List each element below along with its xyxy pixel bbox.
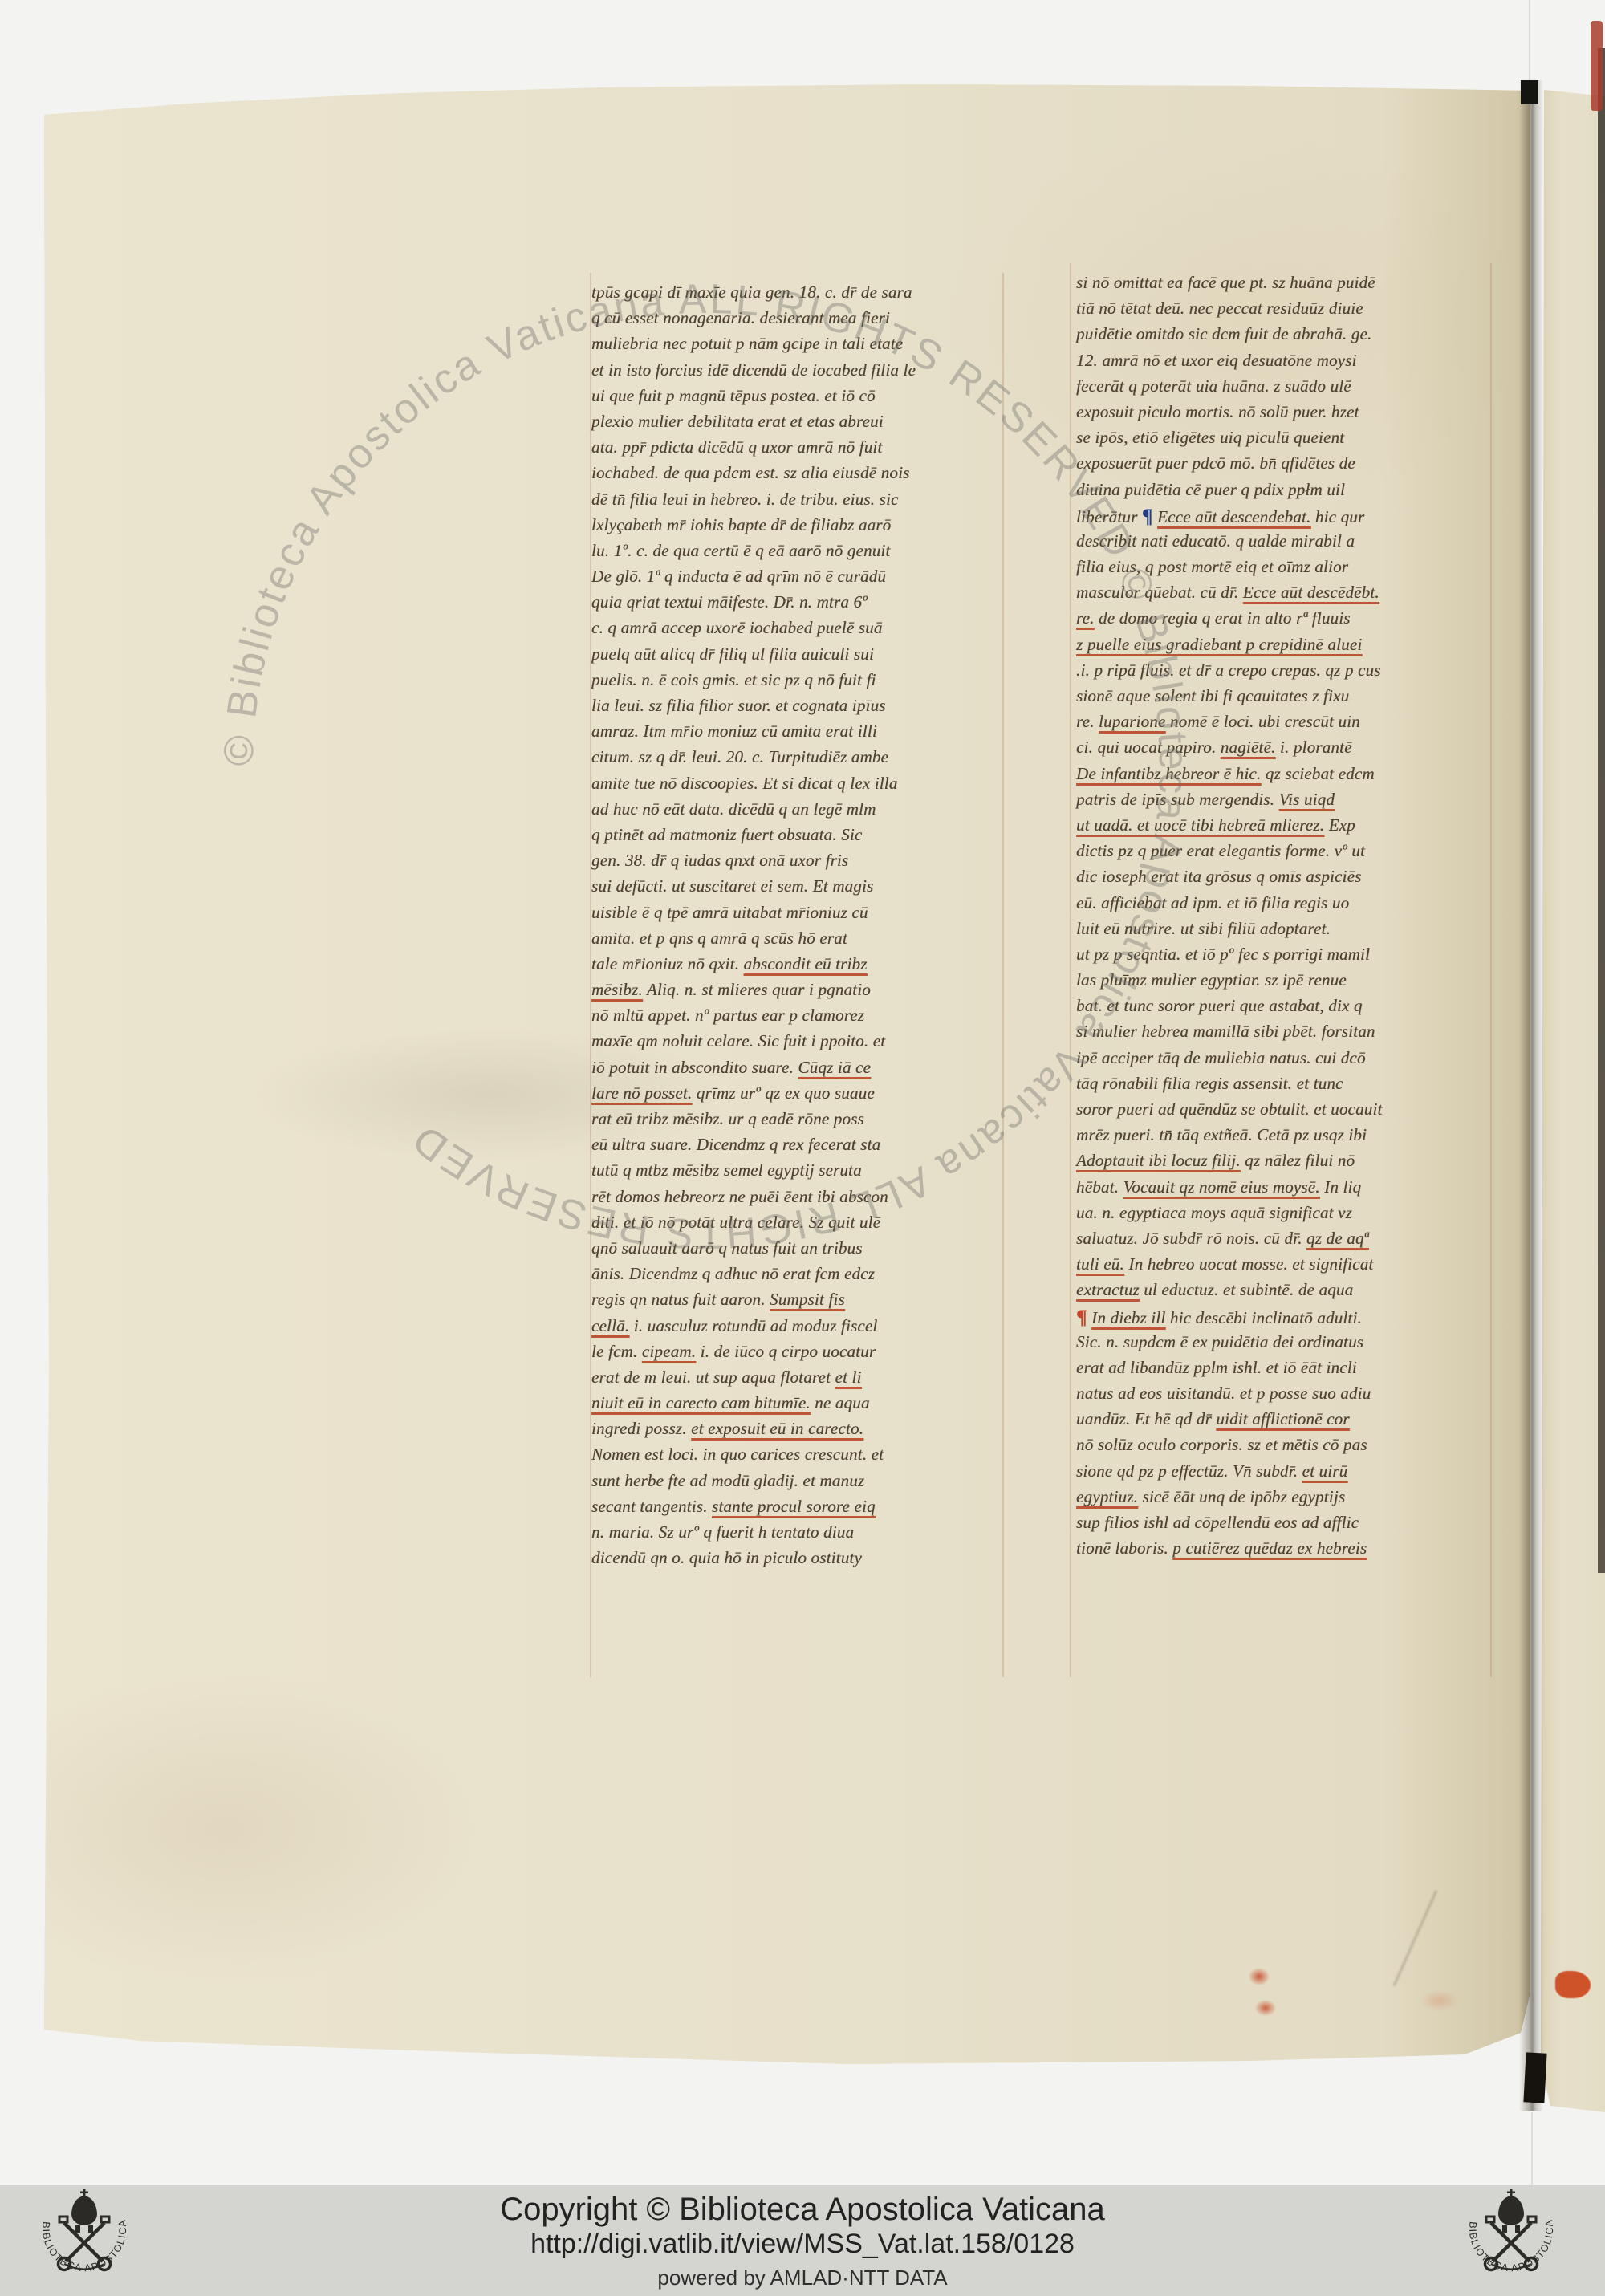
manuscript-line: maxīe qm noluit celare. Sic fuit i ppoit… bbox=[591, 1031, 1002, 1057]
manuscript-line: ¶ In diebz ill hic descēbi inclinatō adu… bbox=[1076, 1306, 1489, 1332]
text-segment: exposuit piculo mortis. nō solū puer. hz… bbox=[1076, 402, 1359, 421]
manuscript-line: qnō saluauit aarō q natus fuit an tribus bbox=[591, 1238, 1002, 1264]
manuscript-line: lxlyçabeth mr̄ iohis bapte dr̄ de filiab… bbox=[591, 515, 1002, 541]
text-segment: ad huc nō eāt data. dicēdū q an legē mlm bbox=[591, 799, 876, 819]
manuscript-line: filia eius, q post mortē eiq et oīmz ali… bbox=[1076, 557, 1489, 583]
text-segment: iō potuit in abscondito suare. bbox=[591, 1058, 798, 1077]
manuscript-line: diti. et iō nō potāt ultra celare. Sz qu… bbox=[591, 1213, 1002, 1238]
text-segment: i. plorantē bbox=[1275, 738, 1351, 757]
text-segment: tāq rōnabili filia regis assensit. et tu… bbox=[1076, 1074, 1343, 1093]
text-segment: ata. ppr̄ pdicta dicēdū q uxor amrā nō f… bbox=[591, 437, 882, 457]
manuscript-line: .i. p ripā fluis. et dr̄ a crepo crepas.… bbox=[1076, 660, 1489, 686]
text-segment: abscondit eū tribz bbox=[744, 954, 868, 973]
manuscript-line: amite tue nō discoopies. Et si dicat q l… bbox=[591, 774, 1002, 799]
manuscript-line: liberātur ¶ Ecce aūt descendebat. hic qu… bbox=[1076, 506, 1489, 531]
text-segment: maxīe qm noluit celare. Sic fuit i ppoit… bbox=[591, 1031, 885, 1050]
text-segment: rat eū tribz mēsibz. ur q eadē rōne poss bbox=[591, 1109, 864, 1128]
manuscript-line: eū. afficiebat ad ipm. et iō filia regis… bbox=[1076, 893, 1489, 919]
text-segment: Vocauit qz nomē eius moysē. bbox=[1123, 1177, 1320, 1197]
text-segment: De glō. 1ª q inducta ē ad qrīm nō ē curā… bbox=[591, 567, 886, 586]
manuscript-line: tāq rōnabili filia regis assensit. et tu… bbox=[1076, 1074, 1489, 1099]
manuscript-line: ad huc nō eāt data. dicēdū q an legē mlm bbox=[591, 799, 1002, 825]
manuscript-line: q ptinēt ad matmoniz fuert obsuata. Sic bbox=[591, 825, 1002, 851]
manuscript-line: secant tangentis. stante procul sorore e… bbox=[591, 1497, 1002, 1522]
text-segment: nō solūz oculo corporis. sz et mētis cō … bbox=[1076, 1435, 1367, 1454]
text-segment: las pluīmz mulier egyptiar. sz ipē renue bbox=[1076, 970, 1347, 990]
text-segment: et uirū bbox=[1302, 1461, 1348, 1481]
text-column-left: tpūs gcapi dī maxīe quia gen. 18. c. dr̄… bbox=[591, 282, 1002, 1574]
manuscript-line: sup filios ishl ad cōpellendū eos ad aff… bbox=[1076, 1513, 1489, 1538]
papal-tiara-icon bbox=[1498, 2189, 1524, 2233]
text-segment: Ecce aūt descēdēbt. bbox=[1243, 583, 1379, 602]
text-segment: ingredi possz. bbox=[591, 1419, 691, 1438]
manuscript-line: sione qd pz p effectūz. Vn̄ subdr̄. et u… bbox=[1076, 1461, 1489, 1487]
manuscript-line: ui que fuit p magnū tēpus postea. et iō … bbox=[591, 386, 1002, 412]
manuscript-line: rat eū tribz mēsibz. ur q eadē rōne poss bbox=[591, 1109, 1002, 1135]
text-segment: liberātur bbox=[1076, 507, 1142, 526]
manuscript-line: rēt domos hebreorz ne puēi ēent ibi absc… bbox=[591, 1187, 1002, 1213]
text-segment: si mulier hebrea mamillā sibi pbēt. fors… bbox=[1076, 1022, 1375, 1041]
text-segment: re. bbox=[1076, 608, 1095, 628]
footer-bar: Copyright © Biblioteca Apostolica Vatica… bbox=[0, 2185, 1605, 2296]
text-segment: Cūqz iā ce bbox=[798, 1058, 871, 1077]
manuscript-line: re. de domo regia q erat in alto rª fluu… bbox=[1076, 608, 1489, 634]
text-segment: sione qd pz p effectūz. Vn̄ subdr̄. bbox=[1076, 1461, 1302, 1481]
manuscript-line: erat de m leui. ut sup aqua flotaret et … bbox=[591, 1367, 1002, 1393]
text-segment: puelq aūt alicq dr̄ filiq ul filia auicu… bbox=[591, 644, 874, 664]
manuscript-line: amita. et p qns q amrā q scūs hō erat bbox=[591, 929, 1002, 954]
manuscript-line: amraz. Itm mr̄io moniuz cū amita erat il… bbox=[591, 721, 1002, 747]
text-segment: rēt domos hebreorz ne puēi ēent ibi absc… bbox=[591, 1187, 888, 1206]
manuscript-line: dictis pz q puer erat elegantis forme. v… bbox=[1076, 841, 1489, 867]
manuscript-line: soror pueri ad quēndūz se obtulit. et uo… bbox=[1076, 1099, 1489, 1125]
text-segment: tale mr̄ioniuz nō qxit. bbox=[591, 954, 744, 973]
manuscript-line: nō mltū appet. nº partus ear p clamorez bbox=[591, 1006, 1002, 1031]
text-segment: ut uadā. et uocē tibi hebreā mlierez. bbox=[1076, 815, 1324, 835]
text-segment: i. uasculuz rotundū ad moduz fiscel bbox=[629, 1316, 877, 1335]
text-segment: nagiētē. bbox=[1221, 738, 1276, 757]
text-segment: diuina puidētia cē puer q pdix ppłm uil bbox=[1076, 480, 1345, 499]
text-segment: puelis. n. ē cois gmis. et sic pz q nō f… bbox=[591, 670, 876, 689]
manuscript-line: 12. amrā nō et uxor eiq desuatōne moysi bbox=[1076, 351, 1489, 376]
text-segment: gen. 38. dr̄ q iudas qnxt onā uxor fris bbox=[591, 851, 848, 870]
text-segment: ipē acciper tāq de muliebia natus. cui d… bbox=[1076, 1048, 1366, 1067]
manuscript-line: tuli eū. In hebreo uocat mosse. et signi… bbox=[1076, 1254, 1489, 1280]
text-segment: z puelle eius gradiebant p crepidinē alu… bbox=[1076, 635, 1362, 654]
manuscript-line: ipē acciper tāq de muliebia natus. cui d… bbox=[1076, 1048, 1489, 1074]
text-segment: le fcm. bbox=[591, 1342, 642, 1361]
text-segment: plexio mulier debilitata erat et etas ab… bbox=[591, 412, 884, 431]
text-segment: dicendū qn o. quia hō in piculo ostituty bbox=[591, 1548, 862, 1567]
text-segment: q cū esset nonagenaria. desierant mea fi… bbox=[591, 308, 890, 327]
text-segment: patris de ipīs sub mergendis. bbox=[1076, 790, 1279, 809]
text-segment: de domo regia q erat in alto rª fluuis bbox=[1095, 608, 1351, 628]
manuscript-line: cellā. i. uasculuz rotundū ad moduz fisc… bbox=[591, 1316, 1002, 1342]
text-segment: hēbat. bbox=[1076, 1177, 1123, 1197]
backdrop-seam bbox=[1529, 0, 1530, 84]
text-segment: qnō saluauit aarō q natus fuit an tribus bbox=[591, 1238, 863, 1258]
text-segment: erat ad libandūz pplm ishl. et iō ēāt in… bbox=[1076, 1358, 1357, 1377]
text-segment: uidit afflictionē cor bbox=[1216, 1409, 1349, 1428]
text-segment: In diebz ill bbox=[1091, 1308, 1165, 1327]
text-segment: filia eius, q post mortē eiq et oīmz ali… bbox=[1076, 557, 1348, 576]
manuscript-line: c. q amrā accep uxorē iochabed puelē suā bbox=[591, 618, 1002, 644]
text-segment: erat de m leui. ut sup aqua flotaret bbox=[591, 1367, 835, 1387]
text-segment: se ipōs, etiō eligētes uiq piculū queien… bbox=[1076, 428, 1344, 447]
manuscript-line: extractuz ul eductuz. et subintē. de aqu… bbox=[1076, 1280, 1489, 1306]
text-segment: qz sciebat edcm bbox=[1261, 764, 1374, 783]
manuscript-line: gen. 38. dr̄ q iudas qnxt onā uxor fris bbox=[591, 851, 1002, 876]
text-segment: Vis uiqd bbox=[1279, 790, 1335, 809]
text-segment: De infantibz hebreor ē hic. bbox=[1076, 764, 1261, 783]
manuscript-line: dicendū qn o. quia hō in piculo ostituty bbox=[591, 1548, 1002, 1574]
manuscript-line: nō solūz oculo corporis. sz et mētis cō … bbox=[1076, 1435, 1489, 1461]
text-segment: Aliq. n. st mlieres quar i pgnatio bbox=[643, 980, 871, 999]
manuscript-line: lia leui. sz filia filior suor. et cogna… bbox=[591, 696, 1002, 721]
text-segment: ānis. Dicendmz q adhuc nō erat fcm edcz bbox=[591, 1264, 875, 1283]
text-segment: regis qn natus fuit aaron. bbox=[591, 1290, 770, 1309]
scan-canvas: tpūs gcapi dī maxīe quia gen. 18. c. dr̄… bbox=[0, 0, 1605, 2296]
text-segment: ut pz p seqntia. et iō pº fec s porrigi … bbox=[1076, 945, 1370, 964]
paragraph-mark: ¶ bbox=[1076, 1306, 1087, 1328]
text-segment: lia leui. sz filia filior suor. et cogna… bbox=[591, 696, 886, 715]
manuscript-line: saluatuz. Jō subdr̄ rō nois. cū dr̄. qz … bbox=[1076, 1229, 1489, 1254]
text-segment: mēsibz. bbox=[591, 980, 643, 999]
binding-gutter bbox=[1519, 80, 1543, 2111]
text-segment: citum. sz q dr̄. leui. 20. c. Turpitudiē… bbox=[591, 747, 888, 766]
text-segment: tiā nō tētat deū. nec peccat residuūz di… bbox=[1076, 299, 1363, 318]
text-segment: et in isto forcius idē dicendū de iocabe… bbox=[591, 360, 916, 380]
vatican-library-seal-right: BIBLIOTECA APOSTOLICA VATICANA bbox=[1451, 2188, 1571, 2294]
manuscript-line: ingredi possz. et exposuit eū in carecto… bbox=[591, 1419, 1002, 1445]
ruling-line bbox=[1070, 263, 1071, 1677]
manuscript-line: luit eū nutrire. ut sibi filiū adoptaret… bbox=[1076, 919, 1489, 945]
text-segment: p cutiērez quēdaz ex hebreis bbox=[1172, 1538, 1367, 1558]
manuscript-line: mrēz pueri. tn̄ tāq extñeā. Cetā pz usqz… bbox=[1076, 1125, 1489, 1151]
manuscript-line: ua. n. egyptiaca moys aquā significat vz bbox=[1076, 1203, 1489, 1229]
text-segment: nomē ē loci. ubi crescūt uin bbox=[1165, 712, 1359, 731]
text-segment: eū ultra suare. Dicendmz q rex fecerat s… bbox=[591, 1135, 880, 1154]
manuscript-line: tionē laboris. p cutiērez quēdaz ex hebr… bbox=[1076, 1538, 1489, 1564]
text-segment: fecerāt q poterāt uia huāna. z suādo ulē bbox=[1076, 376, 1351, 396]
text-segment: 12. amrā nō et uxor eiq desuatōne moysi bbox=[1076, 351, 1357, 370]
manuscript-line: plexio mulier debilitata erat et etas ab… bbox=[591, 412, 1002, 437]
binding-tab-bottom bbox=[1523, 2052, 1546, 2103]
manuscript-line: lu. 1º. c. de qua certū ē q eā aarō nō g… bbox=[591, 541, 1002, 567]
manuscript-line: ut pz p seqntia. et iō pº fec s porrigi … bbox=[1076, 945, 1489, 970]
manuscript-line: lare nō posset. qrīmz urº qz ex quo suau… bbox=[591, 1083, 1002, 1109]
manuscript-line: quia qriat textui māifeste. Dr̄. n. mtra… bbox=[591, 592, 1002, 618]
manuscript-line: bat. et tunc soror pueri que astabat, di… bbox=[1076, 996, 1489, 1022]
text-segment: mrēz pueri. tn̄ tāq extñeā. Cetā pz usqz… bbox=[1076, 1125, 1367, 1144]
text-segment: amraz. Itm mr̄io moniuz cū amita erat il… bbox=[591, 721, 877, 741]
footer-url: http://digi.vatlib.it/view/MSS_Vat.lat.1… bbox=[0, 2229, 1605, 2260]
text-segment: In liq bbox=[1320, 1177, 1362, 1197]
text-segment: stante procul sorore eiq bbox=[712, 1497, 876, 1516]
text-segment: soror pueri ad quēndūz se obtulit. et uo… bbox=[1076, 1099, 1383, 1119]
text-segment: lxlyçabeth mr̄ iohis bapte dr̄ de filiab… bbox=[591, 515, 891, 534]
text-segment: Adoptauit ibi locuz filij. bbox=[1076, 1151, 1241, 1170]
manuscript-line: ut uadā. et uocē tibi hebreā mlierez. Ex… bbox=[1076, 815, 1489, 841]
text-segment: hic descēbi inclinatō adulti. bbox=[1165, 1308, 1362, 1327]
text-segment: muliebria nec potuit p nām gcipe in tali… bbox=[591, 334, 903, 353]
text-segment: describit nati educatō. q ualde mirabil … bbox=[1076, 531, 1355, 551]
text-segment: Nomen est loci. in quo carices crescunt.… bbox=[591, 1445, 884, 1464]
text-segment: et li bbox=[835, 1367, 862, 1387]
red-stain bbox=[1555, 1971, 1591, 1998]
text-segment: tpūs gcapi dī maxīe quia gen. 18. c. dr̄… bbox=[591, 282, 912, 302]
text-segment: ci. qui uocat papiro. bbox=[1076, 738, 1221, 757]
manuscript-line: ānis. Dicendmz q adhuc nō erat fcm edcz bbox=[591, 1264, 1002, 1290]
text-segment: i. de iūco q cirpo uocatur bbox=[696, 1342, 876, 1361]
text-segment: saluatuz. Jō subdr̄ rō nois. cū dr̄. bbox=[1076, 1229, 1306, 1248]
text-segment: tutū q mtbz mēsibz semel egyptij seruta bbox=[591, 1160, 862, 1180]
manuscript-line: patris de ipīs sub mergendis. Vis uiqd bbox=[1076, 790, 1489, 815]
backdrop-seam bbox=[1531, 2112, 1533, 2185]
text-segment: et exposuit eū in carecto. bbox=[691, 1419, 863, 1438]
text-segment: qrīmz urº qz ex quo suaue bbox=[692, 1083, 875, 1103]
text-segment: qz nālez filui nō bbox=[1241, 1151, 1355, 1170]
text-segment: dīc ioseph erat ita grōsus q omīs aspici… bbox=[1076, 867, 1361, 886]
ruling-line bbox=[1002, 273, 1004, 1677]
text-segment: Ecce aūt descendebat. bbox=[1157, 507, 1310, 526]
manuscript-line: puidētie omitdo sic dcm fuit de abrahā. … bbox=[1076, 324, 1489, 350]
manuscript-line: niuit eū in carecto cam bitumīe. ne aqua bbox=[591, 1393, 1002, 1419]
text-segment: nō mltū appet. nº partus ear p clamorez bbox=[591, 1006, 864, 1025]
manuscript-line: iō potuit in abscondito suare. Cūqz iā c… bbox=[591, 1058, 1002, 1083]
manuscript-line: ci. qui uocat papiro. nagiētē. i. ploran… bbox=[1076, 738, 1489, 763]
text-segment: uandūz. Et hē qd dr̄ bbox=[1076, 1409, 1216, 1428]
text-segment: niuit eū in carecto cam bitumīe. bbox=[591, 1393, 811, 1412]
text-segment: q ptinēt ad matmoniz fuert obsuata. Sic bbox=[591, 825, 862, 844]
text-segment: hic qur bbox=[1310, 507, 1364, 526]
manuscript-line: diuina puidētia cē puer q pdix ppłm uil bbox=[1076, 480, 1489, 506]
vatican-library-seal-left: BIBLIOTECA APOSTOLICA VATICANA bbox=[24, 2188, 144, 2294]
text-column-right: si nō omittat ea facē que pt. sz huāna p… bbox=[1076, 273, 1489, 1564]
footer-copyright: Copyright © Biblioteca Apostolica Vatica… bbox=[0, 2192, 1605, 2228]
text-segment: quia qriat textui māifeste. Dr̄. n. mtra… bbox=[591, 592, 868, 612]
text-segment: uisible ē q tpē amrā uitabat mr̄ioniuz c… bbox=[591, 903, 868, 922]
text-segment: luparione bbox=[1099, 712, 1165, 731]
manuscript-line: las pluīmz mulier egyptiar. sz ipē renue bbox=[1076, 970, 1489, 996]
manuscript-line: exposuit piculo mortis. nō solū puer. hz… bbox=[1076, 402, 1489, 428]
manuscript-line: hēbat. Vocauit qz nomē eius moysē. In li… bbox=[1076, 1177, 1489, 1203]
manuscript-line: eū ultra suare. Dicendmz q rex fecerat s… bbox=[591, 1135, 1002, 1160]
manuscript-line: dē tn̄ filia leui in hebreo. i. de tribu… bbox=[591, 490, 1002, 515]
text-segment: extractuz bbox=[1076, 1280, 1140, 1299]
manuscript-line: De glō. 1ª q inducta ē ad qrīm nō ē curā… bbox=[591, 567, 1002, 592]
manuscript-line: tutū q mtbz mēsibz semel egyptij seruta bbox=[591, 1160, 1002, 1186]
manuscript-line: sionē aque solent ibi fi qcauitates z fi… bbox=[1076, 686, 1489, 712]
manuscript-line: z puelle eius gradiebant p crepidinē alu… bbox=[1076, 635, 1489, 660]
text-segment: sunt herbe fte ad modū gladij. et manuz bbox=[591, 1471, 864, 1490]
manuscript-line: Adoptauit ibi locuz filij. qz nālez filu… bbox=[1076, 1151, 1489, 1176]
paragraph-mark: ¶ bbox=[1142, 506, 1153, 527]
manuscript-line: puelis. n. ē cois gmis. et sic pz q nō f… bbox=[591, 670, 1002, 696]
manuscript-line: uisible ē q tpē amrā uitabat mr̄ioniuz c… bbox=[591, 903, 1002, 929]
text-segment: ul eductuz. et subintē. de aqua bbox=[1140, 1280, 1354, 1299]
manuscript-line: ata. ppr̄ pdicta dicēdū q uxor amrā nō f… bbox=[591, 437, 1002, 463]
ruling-line bbox=[1490, 263, 1492, 1677]
text-segment: lare nō posset. bbox=[591, 1083, 692, 1103]
manuscript-line: se ipōs, etiō eligētes uiq piculū queien… bbox=[1076, 428, 1489, 453]
text-segment: tionē laboris. bbox=[1076, 1538, 1172, 1558]
manuscript-line: mēsibz. Aliq. n. st mlieres quar i pgnat… bbox=[591, 980, 1002, 1006]
manuscript-line: dīc ioseph erat ita grōsus q omīs aspici… bbox=[1076, 867, 1489, 892]
text-segment: ne aqua bbox=[811, 1393, 870, 1412]
manuscript-line: et in isto forcius idē dicendū de iocabe… bbox=[591, 360, 1002, 386]
text-segment: re. bbox=[1076, 712, 1099, 731]
text-segment: secant tangentis. bbox=[591, 1497, 712, 1516]
text-segment: amita. et p qns q amrā q scūs hō erat bbox=[591, 929, 847, 948]
text-segment: tuli eū. bbox=[1076, 1254, 1124, 1274]
facing-page-edge bbox=[1538, 90, 1605, 2115]
manuscript-line: sui defūcti. ut suscitaret ei sem. Et ma… bbox=[591, 876, 1002, 902]
manuscript-line: Sic. n. supdcm ē ex puidētia dei ordinat… bbox=[1076, 1332, 1489, 1358]
text-segment: diti. et iō nō potāt ultra celare. Sz qu… bbox=[591, 1213, 880, 1232]
text-segment: Sumpsit fis bbox=[770, 1290, 845, 1309]
text-segment: egyptiuz. bbox=[1076, 1487, 1138, 1506]
text-segment: n. maria. Sz urº q fuerit h tentato diua bbox=[591, 1522, 854, 1542]
book-edge bbox=[1598, 48, 1605, 1573]
manuscript-line: si mulier hebrea mamillā sibi pbēt. fors… bbox=[1076, 1022, 1489, 1047]
manuscript-line: iochabed. de qua pdcm est. sz alia eiusd… bbox=[591, 463, 1002, 489]
manuscript-line: le fcm. cipeam. i. de iūco q cirpo uocat… bbox=[591, 1342, 1002, 1367]
manuscript-line: si nō omittat ea facē que pt. sz huāna p… bbox=[1076, 273, 1489, 299]
red-stain bbox=[1255, 2000, 1276, 2016]
text-segment: dictis pz q puer erat elegantis forme. v… bbox=[1076, 841, 1365, 860]
text-segment: ui que fuit p magnū tēpus postea. et iō … bbox=[591, 386, 876, 405]
manuscript-line: De infantibz hebreor ē hic. qz sciebat e… bbox=[1076, 764, 1489, 790]
text-segment: cellā. bbox=[591, 1316, 629, 1335]
manuscript-line: Nomen est loci. in quo carices crescunt.… bbox=[591, 1445, 1002, 1470]
text-segment: dē tn̄ filia leui in hebreo. i. de tribu… bbox=[591, 490, 899, 509]
text-segment: natus ad eos uisitandū. et p posse suo a… bbox=[1076, 1384, 1371, 1403]
papal-tiara-icon bbox=[71, 2189, 97, 2233]
text-segment: exposuerūt puer pdcō mō. bn̄ qfidētes de bbox=[1076, 453, 1355, 473]
manuscript-line: masculor qūebat. cū dr̄. Ecce aūt descēd… bbox=[1076, 583, 1489, 608]
text-segment: iochabed. de qua pdcm est. sz alia eiusd… bbox=[591, 463, 909, 482]
manuscript-line: natus ad eos uisitandū. et p posse suo a… bbox=[1076, 1384, 1489, 1409]
red-stain bbox=[1420, 1990, 1459, 2011]
manuscript-line: fecerāt q poterāt uia huāna. z suādo ulē bbox=[1076, 376, 1489, 402]
manuscript-line: tiā nō tētat deū. nec peccat residuūz di… bbox=[1076, 299, 1489, 324]
text-segment: In hebreo uocat mosse. et significat bbox=[1124, 1254, 1374, 1274]
manuscript-line: describit nati educatō. q ualde mirabil … bbox=[1076, 531, 1489, 557]
text-segment: si nō omittat ea facē que pt. sz huāna p… bbox=[1076, 273, 1375, 292]
manuscript-line: uandūz. Et hē qd dr̄ uidit afflictionē c… bbox=[1076, 1409, 1489, 1435]
manuscript-line: tpūs gcapi dī maxīe quia gen. 18. c. dr̄… bbox=[591, 282, 1002, 308]
text-segment: Sic. n. supdcm ē ex puidētia dei ordinat… bbox=[1076, 1332, 1363, 1351]
text-segment: luit eū nutrire. ut sibi filiū adoptaret… bbox=[1076, 919, 1331, 938]
text-segment: .i. p ripā fluis. et dr̄ a crepo crepas.… bbox=[1076, 660, 1381, 680]
text-segment: puidētie omitdo sic dcm fuit de abrahā. … bbox=[1076, 324, 1371, 343]
text-segment: eū. afficiebat ad ipm. et iō filia regis… bbox=[1076, 893, 1349, 912]
text-segment: bat. et tunc soror pueri que astabat, di… bbox=[1076, 996, 1363, 1015]
text-segment: amite tue nō discoopies. Et si dicat q l… bbox=[591, 774, 898, 793]
text-segment: sicē ēāt unq de ipōbz egyptijs bbox=[1138, 1487, 1345, 1506]
manuscript-line: muliebria nec potuit p nām gcipe in tali… bbox=[591, 334, 1002, 360]
text-segment: ua. n. egyptiaca moys aquā significat vz bbox=[1076, 1203, 1352, 1222]
binding-tab-top bbox=[1521, 80, 1538, 104]
text-segment: cipeam. bbox=[642, 1342, 696, 1361]
manuscript-line: re. luparione nomē ē loci. ubi crescūt u… bbox=[1076, 712, 1489, 738]
text-segment: sup filios ishl ad cōpellendū eos ad aff… bbox=[1076, 1513, 1359, 1532]
text-segment: sionē aque solent ibi fi qcauitates z fi… bbox=[1076, 686, 1349, 705]
manuscript-line: egyptiuz. sicē ēāt unq de ipōbz egyptijs bbox=[1076, 1487, 1489, 1513]
manuscript-line: n. maria. Sz urº q fuerit h tentato diua bbox=[591, 1522, 1002, 1548]
text-segment: Exp bbox=[1324, 815, 1355, 835]
red-edge-mark bbox=[1591, 21, 1603, 111]
text-segment: masculor qūebat. cū dr̄. bbox=[1076, 583, 1243, 602]
manuscript-line: citum. sz q dr̄. leui. 20. c. Turpitudiē… bbox=[591, 747, 1002, 773]
manuscript-line: tale mr̄ioniuz nō qxit. abscondit eū tri… bbox=[591, 954, 1002, 980]
manuscript-line: q cū esset nonagenaria. desierant mea fi… bbox=[591, 308, 1002, 334]
manuscript-line: puelq aūt alicq dr̄ filiq ul filia auicu… bbox=[591, 644, 1002, 670]
manuscript-line: sunt herbe fte ad modū gladij. et manuz bbox=[591, 1471, 1002, 1497]
text-segment: sui defūcti. ut suscitaret ei sem. Et ma… bbox=[591, 876, 873, 896]
manuscript-line: erat ad libandūz pplm ishl. et iō ēāt in… bbox=[1076, 1358, 1489, 1384]
text-segment: qz de aqª bbox=[1306, 1229, 1369, 1248]
text-segment: lu. 1º. c. de qua certū ē q eā aarō nō g… bbox=[591, 541, 890, 560]
text-segment: c. q amrā accep uxorē iochabed puelē suā bbox=[591, 618, 883, 637]
manuscript-line: regis qn natus fuit aaron. Sumpsit fis bbox=[591, 1290, 1002, 1315]
manuscript-line: exposuerūt puer pdcō mō. bn̄ qfidētes de bbox=[1076, 453, 1489, 479]
red-stain bbox=[1249, 1968, 1270, 1985]
footer-powered-by: powered by AMLAD·NTT DATA bbox=[0, 2266, 1605, 2290]
